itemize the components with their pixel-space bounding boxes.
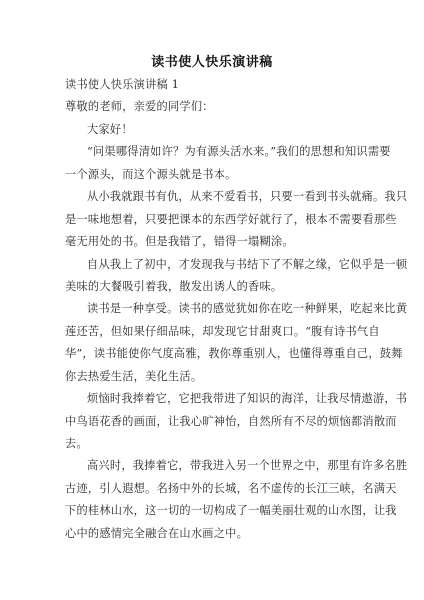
- text-line: 心中的感情完全融合在山水画之中。: [65, 525, 361, 547]
- text-line: 中鸟语花香的画面，让我心旷神怡，自然所有不尽的烦恼都消散而: [65, 413, 361, 435]
- text-line: 毫无用处的书。但是我错了，错得一塌糊涂。: [65, 233, 361, 255]
- text-line: 高兴时，我捧着它，带我进入另一个世界之中，那里有许多名胜: [65, 457, 361, 479]
- text-line: 尊敬的老师，亲爱的同学们：: [65, 98, 361, 120]
- text-line: 去。: [65, 435, 361, 457]
- text-line: 是一味地想着，只要把课本的东西学好就行了，根本不需要看那些: [65, 211, 361, 233]
- text-line: 自从我上了初中，才发现我与书结下了不解之缘，它似乎是一顿: [65, 256, 361, 278]
- text-line: 从小我就跟书有仇，从来不爱看书，只要一看到书头就痛。我只: [65, 188, 361, 210]
- text-line: 烦恼时我捧着它，它把我带进了知识的海洋，让我尽情遨游，书: [65, 390, 361, 412]
- text-line: 下的桂林山水，这一切的一切构成了一幅美丽壮观的山水图，让我: [65, 502, 361, 524]
- text-line: 大家好！: [65, 121, 361, 143]
- document-title: 读书使人快乐演讲稿: [0, 51, 424, 70]
- text-line: 你去热爱生活，美化生活。: [65, 368, 361, 390]
- text-line: 华”，读书能使你气度高雅，教你尊重别人，也懂得尊重自己，鼓舞: [65, 345, 361, 367]
- text-line: 读书使人快乐演讲稿 1: [65, 76, 361, 98]
- text-line: “问渠哪得清如许？为有源头活水来。”我们的思想和知识需要: [65, 143, 361, 165]
- text-line: 读书是一种享受。读书的感觉犹如你在吃一种鲜果，吃起来比黄: [65, 300, 361, 322]
- text-line: 美味的大餐吸引着我，散发出诱人的香味。: [65, 278, 361, 300]
- text-line: 一个源头，而这个源头就是书本。: [65, 166, 361, 188]
- text-line: 古迹，引人遐想。名扬中外的长城，名不虚传的长江三峡，名满天: [65, 480, 361, 502]
- document-body: 读书使人快乐演讲稿 1尊敬的老师，亲爱的同学们：大家好！“问渠哪得清如许？为有源…: [65, 76, 361, 547]
- text-line: 莲还苦，但如果仔细品味，却发现它甘甜爽口。“腹有诗书气自: [65, 323, 361, 345]
